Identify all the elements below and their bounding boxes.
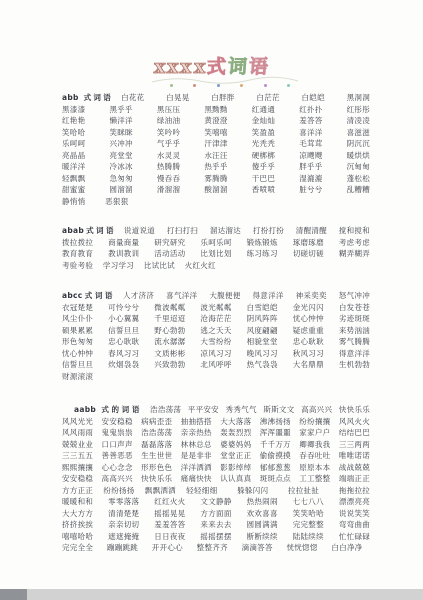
word: 抽抽搭搭 <box>181 416 212 428</box>
word: 亮晶晶 <box>62 150 85 162</box>
word: 善善恶恶 <box>102 450 133 462</box>
word: 暖烘烘 <box>347 150 370 162</box>
word: 安安稳稳 <box>62 473 93 485</box>
word: 开开心心 <box>152 542 183 554</box>
word: 阴风阵阵 <box>247 313 278 325</box>
word: 干巴巴 <box>252 173 275 185</box>
word: 三三五五 <box>62 450 93 462</box>
word: 研究研究 <box>154 237 185 249</box>
word: 战战兢兢 <box>339 462 370 474</box>
word: 文质彬彬 <box>154 348 185 360</box>
word: 心心念念 <box>102 462 133 474</box>
word: 红艳艳 <box>62 115 85 127</box>
word: 兢兢业业 <box>62 439 93 451</box>
word: 波光粼粼 <box>200 302 231 314</box>
word: 白晃晃 <box>166 92 189 104</box>
word: 兴致勃勃 <box>154 359 185 371</box>
word: 甜蜜蜜 <box>62 184 85 196</box>
word: 高高兴兴 <box>102 473 133 485</box>
word: 人才济济 <box>123 290 154 302</box>
word: 纷纷扬扬 <box>103 485 134 497</box>
word: 亮堂堂 <box>109 150 132 162</box>
word: 认认真真 <box>220 473 251 485</box>
word: 黑压压 <box>157 104 180 116</box>
word: 断断续续 <box>247 531 278 543</box>
word: 林林总总 <box>181 439 212 451</box>
word: 糊弄糊弄 <box>339 248 370 260</box>
word: 绿油油 <box>157 115 180 127</box>
section-label: abab式词语 <box>62 226 116 235</box>
word: 冷冰冰 <box>109 161 132 173</box>
word: 婆婆妈妈 <box>220 439 251 451</box>
word: 热热闹闹 <box>247 496 278 508</box>
word: 说说笑笑 <box>339 508 370 520</box>
word: 清醒清醒 <box>296 225 327 237</box>
word: 香喷喷 <box>252 184 275 196</box>
word: 遮遮掩掩 <box>108 531 139 543</box>
word-group: 白花花 白晃晃 白胖胖 白茫茫 白皑皑 黑洞洞 黑漆漆 黑乎乎 黑压压 黑黝黝 … <box>62 93 370 206</box>
title-dots-decoration <box>170 84 290 87</box>
word: 活动活动 <box>154 248 185 260</box>
word: 风风光光 <box>62 416 93 428</box>
word: 形色匆匆 <box>62 336 93 348</box>
word: 相貌堂堂 <box>247 336 278 348</box>
decoration-dot <box>240 84 243 87</box>
word: 陆陆续续 <box>293 531 324 543</box>
word-group: 人才济济 喜气洋洋 大腹便便 得意洋洋 神采奕奕 怒气冲冲 衣冠楚楚 可怜兮兮 … <box>62 291 370 381</box>
word: 方方正正 <box>62 485 93 497</box>
word: 教育教育 <box>62 248 93 260</box>
word: 偷偷摸摸 <box>260 450 291 462</box>
section-label: aabb 式的词语 <box>74 405 142 414</box>
word: 千千万万 <box>260 439 291 451</box>
word: 风尘仆仆 <box>62 313 93 325</box>
word: 风风火火 <box>339 416 370 428</box>
word: 教训教训 <box>108 248 139 260</box>
section-words: 白花花 白晃晃 白胖胖 白茫茫 白皑皑 黑洞洞 黑漆漆 黑乎乎 黑压压 黑黝黝 … <box>62 93 370 206</box>
word: 水汪汪 <box>204 150 227 162</box>
word: 亲亲切切 <box>108 519 139 531</box>
word: 安安稳稳 <box>102 416 133 428</box>
word: 文文静静 <box>200 496 231 508</box>
word: 恍恍惚惚 <box>286 542 317 554</box>
word: 打扫打扫 <box>167 225 198 237</box>
word: 痛痛快快 <box>181 473 212 485</box>
word: 信誓旦旦 <box>62 359 93 371</box>
word: 可怜兮兮 <box>108 302 139 314</box>
word: 练习练习 <box>247 248 278 260</box>
word: 快快乐乐 <box>141 473 172 485</box>
word: 大名鼎鼎 <box>293 359 324 371</box>
word: 大大落落 <box>220 416 251 428</box>
word: 暖暖和和 <box>62 496 93 508</box>
word: 轰轰烈烈 <box>220 427 251 439</box>
word: 考验考验 <box>62 260 93 272</box>
word: 白花花 <box>121 92 144 104</box>
word: 滑溜溜 <box>157 184 180 196</box>
word: 沸沸扬扬 <box>260 416 291 428</box>
word: 乐呵乐呵 <box>200 237 231 249</box>
word: 白发苍苍 <box>339 302 370 314</box>
word: 光秃秃 <box>252 138 275 150</box>
word: 财源滚滚 <box>62 371 93 383</box>
word: 阴沉沉 <box>347 138 370 150</box>
word: 斯斯文文 <box>263 404 294 416</box>
section-label: abb 式词语 <box>62 93 113 102</box>
word: 白白净净 <box>331 542 362 554</box>
word: 流水潺潺 <box>154 336 185 348</box>
section-abab: abab式词语说道说道 打扫打扫 溜达溜达 打扮打扮 清醒清醒 搅和搅和 拨拉拨… <box>62 225 370 271</box>
word: 清清楚楚 <box>108 508 139 520</box>
word: 火红火红 <box>185 260 216 272</box>
word: 白雪皑皑 <box>247 302 278 314</box>
section-words: 浩浩荡荡 平平安安 秀秀气气 斯斯文文 高高兴兴 快快乐乐 风风光光 安安稳稳 … <box>62 405 370 552</box>
word: 傻乎乎 <box>252 161 275 173</box>
word: 躲躲闪闪 <box>237 485 268 497</box>
word: 雾气腾腾 <box>339 336 370 348</box>
word: 喜滋滋 <box>347 127 370 139</box>
word: 笑盈盈 <box>252 127 275 139</box>
word: 飘飘洒洒 <box>145 485 176 497</box>
word: 千里迢迢 <box>154 313 185 325</box>
word: 平平安安 <box>188 404 219 416</box>
bottom-scrollbar-thumb[interactable] <box>0 589 27 600</box>
word: 病病歪歪 <box>141 416 172 428</box>
word: 蹦蹦跳跳 <box>107 542 138 554</box>
word: 斑斑点点 <box>260 473 291 485</box>
word: 轻飘飘 <box>62 173 85 185</box>
word: 七七八八 <box>293 496 324 508</box>
word: 高高兴兴 <box>301 404 332 416</box>
word: 口口声声 <box>102 439 133 451</box>
word: 唯唯诺诺 <box>339 450 370 462</box>
word: 衣冠楚楚 <box>62 302 93 314</box>
word: 暖洋洋 <box>62 161 85 173</box>
word: 风风雨雨 <box>62 427 93 439</box>
word: 嘻嘻哈哈 <box>62 531 93 543</box>
word: 忠心耿耿 <box>293 336 324 348</box>
section-abcc: abcc式词语人才济济 喜气洋洋 大腹便便 得意洋洋 神采奕奕 怒气冲冲 衣冠楚… <box>62 290 370 382</box>
word: 毛茸茸 <box>299 138 322 150</box>
word: 得意洋洋 <box>339 348 370 360</box>
section-abb: abb 式词语白花花 白晃晃 白胖胖 白茫茫 白皑皑 黑洞洞 黑漆漆 黑乎乎 黑… <box>62 92 370 207</box>
word: 忧心忡忡 <box>62 348 93 360</box>
word: 秋风习习 <box>293 348 324 360</box>
word: 溜达溜达 <box>210 225 241 237</box>
word: 圆圆满满 <box>247 519 278 531</box>
word: 家家户户 <box>299 427 330 439</box>
word: 说道说道 <box>124 225 155 237</box>
word: 考虑考虑 <box>339 237 370 249</box>
word: 比试比试 <box>144 260 175 272</box>
word: 笑哈哈 <box>62 127 85 139</box>
word-group: 浩浩荡荡 平平安安 秀秀气气 斯斯文文 高高兴兴 快快乐乐 风风光光 安安稳稳 … <box>62 405 370 495</box>
section-aabb: aabb 式的词语浩浩荡荡 平平安安 秀秀气气 斯斯文文 高高兴兴 快快乐乐 风… <box>62 404 370 554</box>
word: 羞答答 <box>299 115 322 127</box>
word: 欢欢喜喜 <box>247 508 278 520</box>
word: 商量商量 <box>108 237 139 249</box>
decoration-dot <box>193 84 196 87</box>
word: 整整齐齐 <box>197 542 228 554</box>
word: 怒气冲冲 <box>339 290 370 302</box>
word: 红红火火 <box>154 496 185 508</box>
word: 羞羞答答 <box>154 519 185 531</box>
word: 鬼鬼祟祟 <box>102 427 133 439</box>
word: 硕果累累 <box>62 325 93 337</box>
word: 零零落落 <box>108 496 139 508</box>
word: 卿卿我我 <box>299 439 330 451</box>
bottom-scrollbar[interactable] <box>0 589 423 600</box>
word: 笑嘻嘻 <box>204 127 227 139</box>
word: 恶狠狠 <box>105 196 128 208</box>
word: 红彤彤 <box>347 104 370 116</box>
word: 笑笑哈哈 <box>293 508 324 520</box>
word: 浑浑噩噩 <box>260 427 291 439</box>
word: 信誓旦旦 <box>108 325 139 337</box>
word: 疑虑重重 <box>293 325 324 337</box>
word: 白胖胖 <box>211 92 234 104</box>
word-list-content: abb 式词语白花花 白晃晃 白胖胖 白茫茫 白皑皑 黑洞洞 黑漆漆 黑乎乎 黑… <box>62 92 370 554</box>
word: 黑黝黝 <box>204 104 227 116</box>
word: 红扑扑 <box>299 104 322 116</box>
word: 拨拉拨拉 <box>62 237 93 249</box>
word: 湿漉漉 <box>299 173 322 185</box>
word: 风度翩翩 <box>247 325 278 337</box>
word: 热乎乎 <box>204 161 227 173</box>
word: 纷纷攘攘 <box>299 416 330 428</box>
word: 大腹便便 <box>209 290 240 302</box>
word: 结结巴巴 <box>339 427 370 439</box>
word: 快快乐乐 <box>339 404 370 416</box>
word: 轻轻细细 <box>186 485 217 497</box>
word: 黄澄澄 <box>204 115 227 127</box>
word: 大大方方 <box>62 508 93 520</box>
word: 完完整整 <box>293 519 324 531</box>
word: 红通通 <box>252 104 275 116</box>
word: 劣迹斑斑 <box>339 313 370 325</box>
document-page: xxxx式词语 abb 式词语白花花 白晃晃 白胖胖 白茫茫 白皑皑 黑洞洞 黑… <box>0 0 423 600</box>
word: 忠心耿耿 <box>108 336 139 348</box>
word: 硬梆梆 <box>252 150 275 162</box>
word: 慢吞吞 <box>157 173 180 185</box>
word: 忧心忡忡 <box>293 313 324 325</box>
word: 是是非非 <box>181 450 212 462</box>
word: 圆溜溜 <box>109 184 132 196</box>
word: 亲亲热热 <box>181 427 212 439</box>
word: 完完全全 <box>62 542 93 554</box>
word: 热气袅袅 <box>247 359 278 371</box>
word: 静悄悄 <box>62 196 85 208</box>
word: 黑洞洞 <box>347 92 370 104</box>
word: 洋洋洒洒 <box>181 462 212 474</box>
word: 春风习习 <box>108 348 139 360</box>
word: 蓬松松 <box>347 173 370 185</box>
word: 乱糟糟 <box>347 184 370 196</box>
word: 比划比划 <box>200 248 231 260</box>
word: 大雪纷纷 <box>200 336 231 348</box>
word: 影影绰绰 <box>220 462 251 474</box>
section-words: 人才济济 喜气洋洋 大腹便便 得意洋洋 神采奕奕 怒气冲冲 衣冠楚楚 可怜兮兮 … <box>62 291 370 381</box>
word: 来势汹汹 <box>339 325 370 337</box>
word: 凉飕飕 <box>299 150 322 162</box>
section-label: abcc式词语 <box>62 291 115 300</box>
word: 热腾腾 <box>157 161 180 173</box>
word: 沉甸甸 <box>347 161 370 173</box>
word: 雾腾腾 <box>204 173 227 185</box>
word: 磊磊落落 <box>141 439 172 451</box>
decoration-dot <box>170 84 173 87</box>
word: 水灵灵 <box>157 150 180 162</box>
word: 打扮打扮 <box>253 225 284 237</box>
word: 切磋切磋 <box>293 248 324 260</box>
decoration-dot <box>264 84 267 87</box>
word: 漂漂亮亮 <box>339 496 370 508</box>
word: 原原本本 <box>299 462 330 474</box>
word: 喜气洋洋 <box>166 290 197 302</box>
word: 金灿灿 <box>252 115 275 127</box>
word: 黑乎乎 <box>109 104 132 116</box>
word: 得意洋洋 <box>252 290 283 302</box>
word: 生生世世 <box>141 450 172 462</box>
word: 滴滴答答 <box>242 542 273 554</box>
word-group: 轻轻细细 躲躲闪闪 拉拉扯扯 拖拖拉拉 暖暖和和 零零落落 红红火火 文文静静 … <box>62 486 370 553</box>
word: 堂堂正正 <box>220 450 251 462</box>
word: 摇摇摆摆 <box>200 531 231 543</box>
word: 懒洋洋 <box>109 115 132 127</box>
word: 形形色色 <box>141 462 172 474</box>
word: 炊烟袅袅 <box>108 359 139 371</box>
word: 沧海茫茫 <box>200 313 231 325</box>
word: 酸溜溜 <box>204 184 227 196</box>
word: 凉风习习 <box>200 348 231 360</box>
word: 学习学习 <box>103 260 134 272</box>
word: 喜洋洋 <box>299 127 322 139</box>
word: 野心勃勃 <box>154 325 185 337</box>
word: 摇摇晃晃 <box>154 508 185 520</box>
word: 浩浩荡荡 <box>150 404 181 416</box>
word: 吞吞吐吐 <box>299 450 330 462</box>
word: 挤挤挨挨 <box>62 519 93 531</box>
word: 秀秀气气 <box>226 404 257 416</box>
word: 工工整整 <box>299 473 330 485</box>
word: 锻炼锻炼 <box>247 237 278 249</box>
word: 小心翼翼 <box>108 313 139 325</box>
word: 晚风习习 <box>247 348 278 360</box>
word: 忙忙碌碌 <box>339 531 370 543</box>
word: 拉拉扯扯 <box>288 485 319 497</box>
decoration-dot <box>287 84 290 87</box>
word: 逃之夭夭 <box>200 325 231 337</box>
word: 笑眯眯 <box>109 127 132 139</box>
word: 弯弯曲曲 <box>339 519 370 531</box>
word: 拖拖拉拉 <box>339 485 370 497</box>
word: 气乎乎 <box>157 138 180 150</box>
word: 琢磨琢磨 <box>293 237 324 249</box>
word: 白茫茫 <box>256 92 279 104</box>
word: 汗津津 <box>204 138 227 150</box>
word: 三三两两 <box>339 439 370 451</box>
word: 端端正正 <box>339 473 370 485</box>
word: 金光闪闪 <box>293 302 324 314</box>
word: 急匆匆 <box>109 173 132 185</box>
word: 来来去去 <box>200 519 231 531</box>
word: 清凌凌 <box>347 115 370 127</box>
word: 北风呼呼 <box>200 359 231 371</box>
word: 浩浩荡荡 <box>141 427 172 439</box>
word: 胖乎乎 <box>299 161 322 173</box>
decoration-dot <box>217 84 220 87</box>
word: 兴冲冲 <box>109 138 132 150</box>
word: 乐呵呵 <box>62 138 85 150</box>
word: 郁郁葱葱 <box>260 462 291 474</box>
word: 微波粼粼 <box>154 302 185 314</box>
word: 脏兮兮 <box>299 184 322 196</box>
word: 熙熙攘攘 <box>62 462 93 474</box>
word: 黑漆漆 <box>62 104 85 116</box>
word: 搅和搅和 <box>339 225 370 237</box>
word: 生机勃勃 <box>339 359 370 371</box>
word: 神采奕奕 <box>296 290 327 302</box>
word: 方方面面 <box>200 508 231 520</box>
word: 日日夜夜 <box>154 531 185 543</box>
word: 白皑皑 <box>302 92 325 104</box>
word: 笑吟吟 <box>157 127 180 139</box>
